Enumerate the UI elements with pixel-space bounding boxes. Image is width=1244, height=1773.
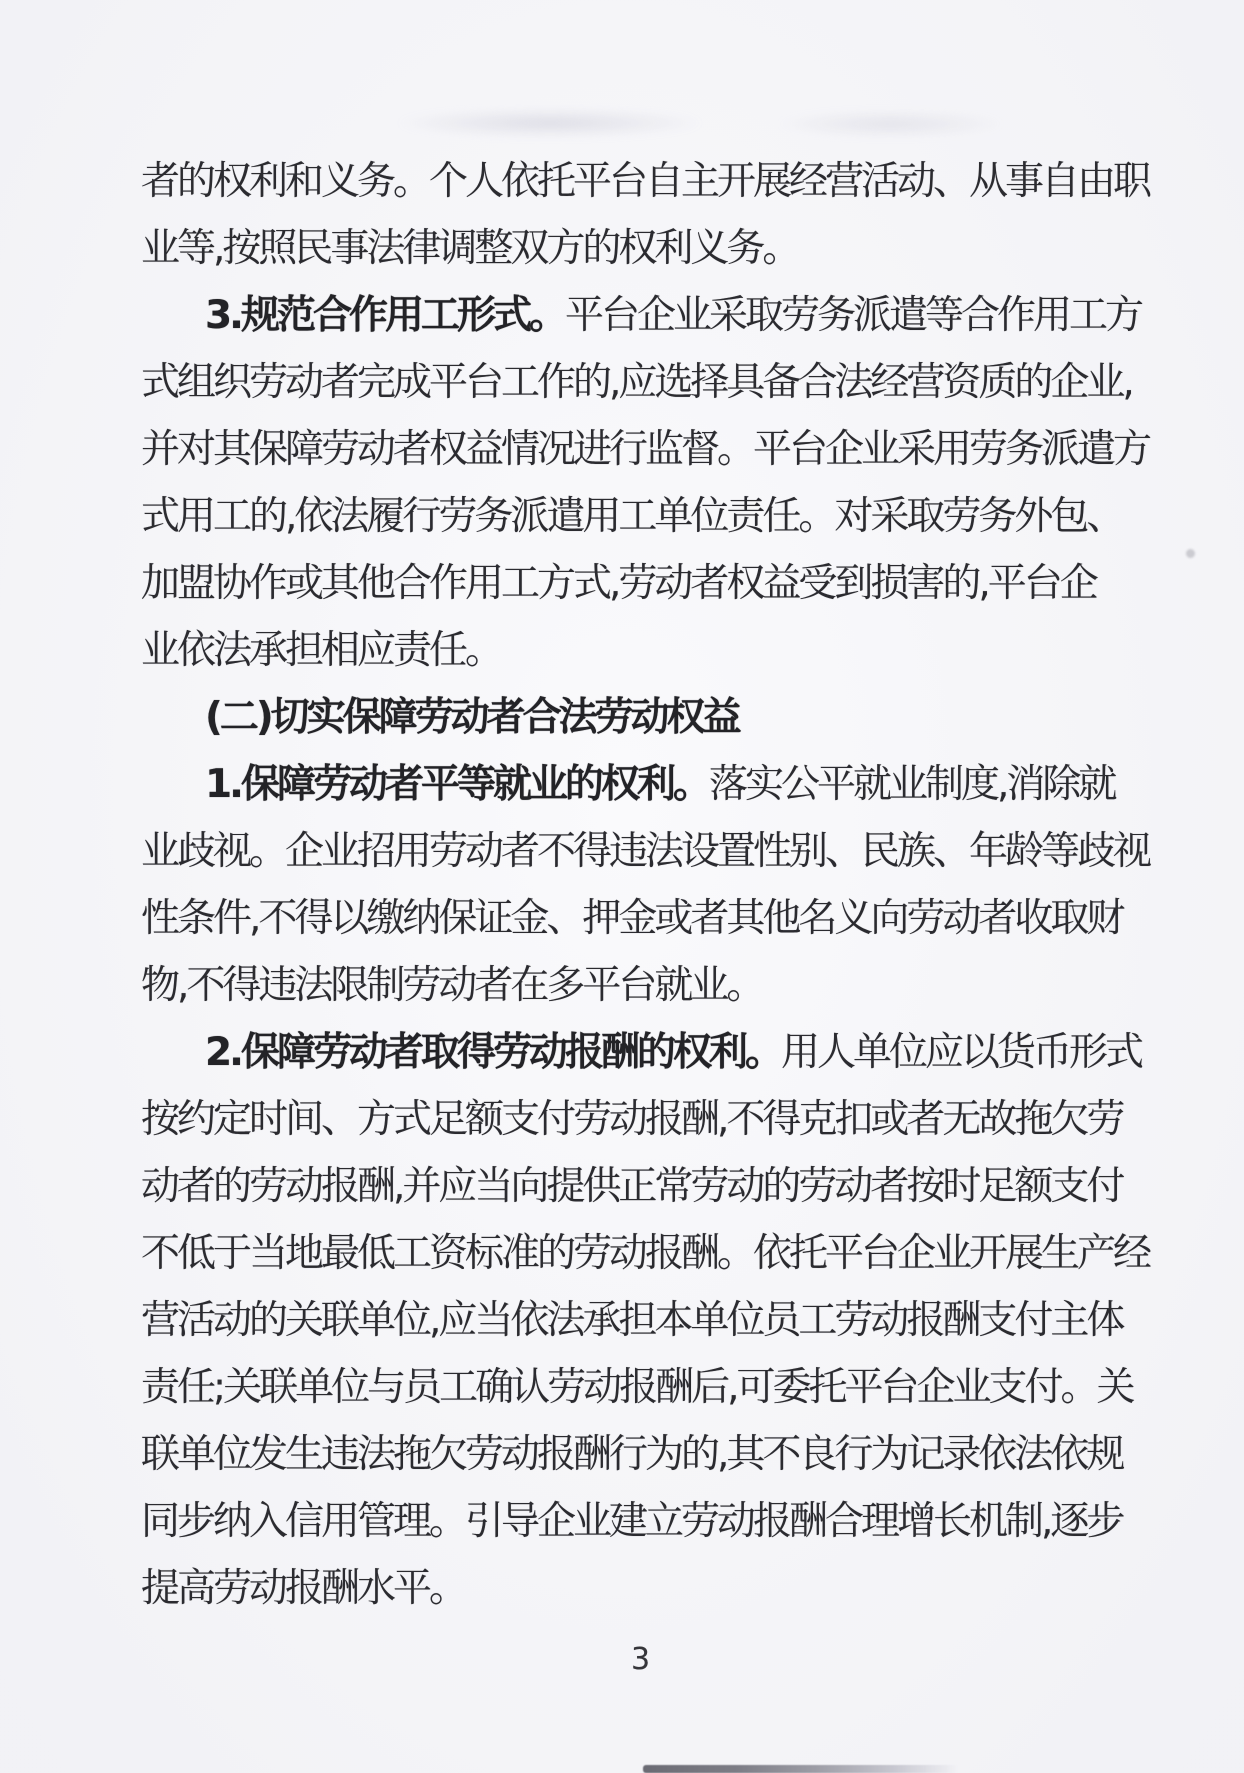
body-text: 物,不得违法限制劳动者在多平台就业。 [141, 963, 762, 1008]
body-text: 式组织劳动者完成平台工作的,应选择具备合法经营资质的企业, [141, 360, 1132, 405]
body-text: 同步纳入信用管理。引导企业建立劳动报酬合理增长机制,逐步 [141, 1499, 1122, 1544]
body-text: 并对其保障劳动者权益情况进行监督。平台企业采用劳务派遣方 [141, 427, 1149, 472]
text-line: 2.保障劳动者取得劳动报酬的权利。用人单位应以货币形式 [141, 1019, 1121, 1086]
bold-lead-text: (二)切实保障劳动者合法劳动权益 [205, 695, 739, 740]
text-line: 1.保障劳动者平等就业的权利。落实公平就业制度,消除就 [141, 751, 1121, 818]
bold-lead-text: 1.保障劳动者平等就业的权利。 [205, 762, 709, 807]
text-line: 物,不得违法限制劳动者在多平台就业。 [141, 952, 1121, 1019]
text-line: 责任;关联单位与员工确认劳动报酬后,可委托平台企业支付。关 [141, 1354, 1121, 1421]
text-line: 按约定时间、方式足额支付劳动报酬,不得克扣或者无故拖欠劳 [141, 1086, 1121, 1153]
document-text-body: 者的权利和义务。个人依托平台自主开展经营活动、从事自由职业等,按照民事法律调整双… [141, 148, 1121, 1622]
text-line: (二)切实保障劳动者合法劳动权益 [141, 684, 1121, 751]
text-line: 不低于当地最低工资标准的劳动报酬。依托平台企业开展生产经 [141, 1220, 1121, 1287]
text-line: 同步纳入信用管理。引导企业建立劳动报酬合理增长机制,逐步 [141, 1488, 1121, 1555]
body-text: 提高劳动报酬水平。 [141, 1566, 465, 1611]
body-text: 动者的劳动报酬,并应当向提供正常劳动的劳动者按时足额支付 [141, 1164, 1122, 1209]
body-text: 营活动的关联单位,应当依法承担本单位员工劳动报酬支付主体 [141, 1298, 1122, 1343]
scan-smudge-artifact [395, 108, 705, 138]
body-text: 联单位发生违法拖欠劳动报酬行为的,其不良行为记录依法依规 [141, 1432, 1122, 1477]
text-line: 式组织劳动者完成平台工作的,应选择具备合法经营资质的企业, [141, 349, 1121, 416]
body-text: 不低于当地最低工资标准的劳动报酬。依托平台企业开展生产经 [141, 1231, 1149, 1276]
text-line: 联单位发生违法拖欠劳动报酬行为的,其不良行为记录依法依规 [141, 1421, 1121, 1488]
text-line: 业依法承担相应责任。 [141, 617, 1121, 684]
text-line: 业歧视。企业招用劳动者不得违法设置性别、民族、年龄等歧视 [141, 818, 1121, 885]
text-line: 并对其保障劳动者权益情况进行监督。平台企业采用劳务派遣方 [141, 416, 1121, 483]
scanner-edge-artifact [643, 1765, 958, 1773]
bold-lead-text: 3.规范合作用工形式。 [205, 293, 565, 338]
body-text: 落实公平就业制度,消除就 [709, 762, 1114, 807]
body-text: 者的权利和义务。个人依托平台自主开展经营活动、从事自由职 [141, 159, 1149, 204]
text-line: 3.规范合作用工形式。平台企业采取劳务派遣等合作用工方 [141, 282, 1121, 349]
text-line: 加盟协作或其他合作用工方式,劳动者权益受到损害的,平台企 [141, 550, 1121, 617]
scan-speck-artifact [1186, 549, 1195, 558]
scan-smudge-artifact [775, 110, 1005, 138]
document-page: 者的权利和义务。个人依托平台自主开展经营活动、从事自由职业等,按照民事法律调整双… [0, 0, 1244, 1773]
body-text: 按约定时间、方式足额支付劳动报酬,不得克扣或者无故拖欠劳 [141, 1097, 1122, 1142]
body-text: 加盟协作或其他合作用工方式,劳动者权益受到损害的,平台企 [141, 561, 1096, 606]
text-line: 业等,按照民事法律调整双方的权利义务。 [141, 215, 1121, 282]
body-text: 用人单位应以货币形式 [781, 1030, 1141, 1075]
body-text: 业依法承担相应责任。 [141, 628, 501, 673]
bold-lead-text: 2.保障劳动者取得劳动报酬的权利。 [205, 1030, 781, 1075]
body-text: 业歧视。企业招用劳动者不得违法设置性别、民族、年龄等歧视 [141, 829, 1149, 874]
text-line: 式用工的,依法履行劳务派遣用工单位责任。对采取劳务外包、 [141, 483, 1121, 550]
body-text: 性条件,不得以缴纳保证金、押金或者其他名义向劳动者收取财 [141, 896, 1122, 941]
text-line: 者的权利和义务。个人依托平台自主开展经营活动、从事自由职 [141, 148, 1121, 215]
text-line: 性条件,不得以缴纳保证金、押金或者其他名义向劳动者收取财 [141, 885, 1121, 952]
body-text: 责任;关联单位与员工确认劳动报酬后,可委托平台企业支付。关 [141, 1365, 1133, 1410]
text-line: 动者的劳动报酬,并应当向提供正常劳动的劳动者按时足额支付 [141, 1153, 1121, 1220]
body-text: 业等,按照民事法律调整双方的权利义务。 [141, 226, 798, 271]
body-text: 平台企业采取劳务派遣等合作用工方 [565, 293, 1141, 338]
body-text: 式用工的,依法履行劳务派遣用工单位责任。对采取劳务外包、 [141, 494, 1122, 539]
text-line: 营活动的关联单位,应当依法承担本单位员工劳动报酬支付主体 [141, 1287, 1121, 1354]
text-line: 提高劳动报酬水平。 [141, 1555, 1121, 1622]
page-number: 3 [631, 1642, 650, 1677]
